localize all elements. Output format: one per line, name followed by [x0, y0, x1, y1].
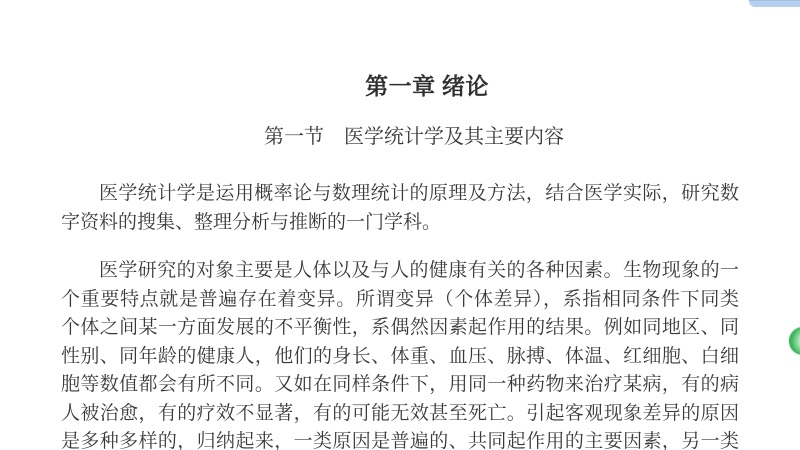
document-page: 第一章 绪论 第一节 医学统计学及其主要内容 医学统计学是运用概率论与数理统计的… — [0, 0, 800, 450]
text-line: 字资料的搜集、整理分析与推断的一门学科。 — [61, 209, 739, 238]
floating-action-button[interactable] — [789, 327, 800, 355]
body-text: 医学统计学是运用概率论与数理统计的原理及方法，结合医学实际，研究数字资料的搜集、… — [61, 180, 739, 450]
text-line: 医学研究的对象主要是人体以及与人的健康有关的各种因素。生物现象的一 — [61, 257, 739, 286]
section-title: 第一节 医学统计学及其主要内容 — [0, 125, 800, 149]
text-line: 胞等数值都会有所不同。又如在同样条件下，用同一种药物来治疗某病，有的病 — [61, 371, 739, 400]
text-line: 人被治愈，有的疗效不显著，有的可能无效甚至死亡。引起客观现象差异的原因 — [61, 400, 739, 429]
text-line: 个重要特点就是普遍存在着变异。所谓变异（个体差异），系指相同条件下同类 — [61, 286, 739, 315]
text-line: 个体之间某一方面发展的不平衡性，系偶然因素起作用的结果。例如同地区、同 — [61, 314, 739, 343]
text-line: 医学统计学是运用概率论与数理统计的原理及方法，结合医学实际，研究数 — [61, 180, 739, 209]
chapter-title: 第一章 绪论 — [0, 73, 800, 100]
text-line: 性别、同年龄的健康人，他们的身长、体重、血压、脉搏、体温、红细胞、白细 — [61, 343, 739, 372]
paragraph: 医学研究的对象主要是人体以及与人的健康有关的各种因素。生物现象的一个重要特点就是… — [61, 257, 739, 450]
scrollbar-thumb[interactable] — [749, 0, 800, 7]
paragraph: 医学统计学是运用概率论与数理统计的原理及方法，结合医学实际，研究数字资料的搜集、… — [61, 180, 739, 237]
text-line: 是多种多样的，归纳起来，一类原因是普遍的、共同起作用的主要因素，另一类 — [61, 428, 739, 450]
